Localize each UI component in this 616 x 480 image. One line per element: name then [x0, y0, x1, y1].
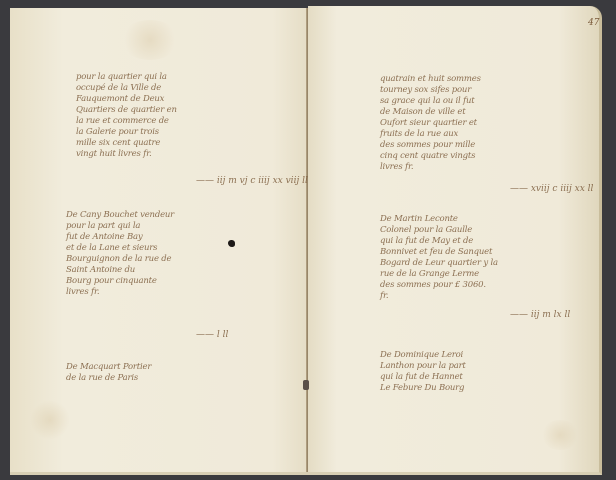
- text-line: Oufort sieur quartier et: [380, 118, 481, 129]
- text-line: cinq cent quatre vingts: [380, 151, 481, 162]
- text-line: de la rue de Paris: [66, 373, 151, 384]
- ink-blot: [228, 240, 235, 247]
- text-line: fr.: [380, 291, 498, 302]
- paper-stain: [30, 400, 70, 440]
- paper-stain: [120, 20, 180, 60]
- text-line: sa grace qui la ou il fut: [380, 96, 481, 107]
- text-line: vingt huit livres fr.: [76, 149, 177, 160]
- text-line: Colonel pour la Gaulle: [380, 225, 498, 236]
- text-line: tourney sox sifes pour: [380, 85, 481, 96]
- text-line: fut de Antoine Bay: [66, 232, 174, 243]
- text-line: Bourguignon de la rue de: [66, 254, 174, 265]
- left-margin-amount-1: —— iij m vj c iiij xx viij ll: [196, 176, 308, 186]
- right-margin-amount-2: —— iij m lx ll: [510, 310, 570, 320]
- left-entry-2: De Cany Bouchet vendeur pour la part qui…: [66, 210, 174, 298]
- right-entry-2: De Martin Leconte Colonel pour la Gaulle…: [380, 214, 498, 302]
- text-line: qui la fut de May et de: [380, 236, 498, 247]
- text-line: des sommes pour mille: [380, 140, 481, 151]
- text-line: de Maison de ville et: [380, 107, 481, 118]
- text-line: Bonnivet et feu de Sanquet: [380, 247, 498, 258]
- text-line: des sommes pour £ 3060.: [380, 280, 498, 291]
- binding-thread: [303, 380, 309, 390]
- text-line: livres fr.: [380, 162, 481, 173]
- text-line: De Dominique Leroi: [380, 350, 466, 361]
- text-line: Bourg pour cinquante: [66, 276, 174, 287]
- text-line: De Cany Bouchet vendeur: [66, 210, 174, 221]
- text-line: rue de la Grange Lerme: [380, 269, 498, 280]
- right-margin-amount-1: —— xviij c iiij xx ll: [510, 184, 593, 194]
- text-line: pour la part qui la: [66, 221, 174, 232]
- text-line: Saint Antoine du: [66, 265, 174, 276]
- text-line: et de la Lane et sieurs: [66, 243, 174, 254]
- text-line: quatrain et huit sommes: [380, 74, 481, 85]
- right-entry-3: De Dominique Leroi Lanthon pour la part …: [380, 350, 466, 394]
- text-line: occupé de la Ville de: [76, 83, 177, 94]
- text-line: la rue et commerce de: [76, 116, 177, 127]
- text-line: De Macquart Portier: [66, 362, 151, 373]
- folio-number: 47: [588, 18, 599, 28]
- text-line: De Martin Leconte: [380, 214, 498, 225]
- text-line: Lanthon pour la part: [380, 361, 466, 372]
- book-spine: [306, 8, 308, 472]
- text-line: qui la fut de Hannet: [380, 372, 466, 383]
- right-entry-1: quatrain et huit sommes tourney sox sife…: [380, 74, 481, 173]
- left-entry-3: De Macquart Portier de la rue de Paris: [66, 362, 151, 384]
- text-line: Bogard de Leur quartier y la: [380, 258, 498, 269]
- text-line: fruits de la rue aux: [380, 129, 481, 140]
- text-line: Le Febure Du Bourg: [380, 383, 466, 394]
- text-line: mille six cent quatre: [76, 138, 177, 149]
- left-entry-1: pour la quartier qui la occupé de la Vil…: [76, 72, 177, 160]
- left-margin-amount-2: —— l ll: [196, 330, 228, 340]
- text-line: Quartiers de quartier en: [76, 105, 177, 116]
- text-line: pour la quartier qui la: [76, 72, 177, 83]
- text-line: la Galerie pour trois: [76, 127, 177, 138]
- text-line: Fauquemont de Deux: [76, 94, 177, 105]
- paper-stain: [540, 420, 580, 450]
- text-line: livres fr.: [66, 287, 174, 298]
